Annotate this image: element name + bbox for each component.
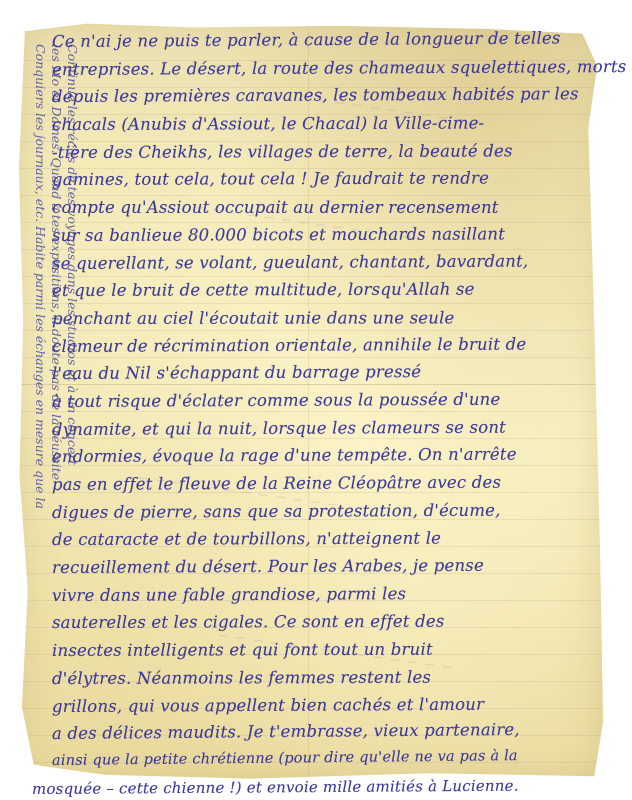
letter-line: recueillement du désert. Pour les Arabes… (52, 551, 592, 582)
letter-line: l'eau du Nil s'échappant du barrage pres… (52, 357, 592, 388)
stage: ~ ~ ~ ~ ~ ~ ~ ~ ~ ~ ~ ~ ~ ~ ~ ~ ~ ~ ~ ~ … (0, 0, 632, 800)
letter-line: à tout risque d'éclater comme sous la po… (52, 385, 592, 416)
letter-line: dynamite, et qui la nuit, lorsque les cl… (52, 413, 592, 444)
letter-line: chacals (Anubis d'Assiout, le Chacal) la… (52, 109, 592, 139)
letter-line: digues de pierre, sans que sa protestati… (52, 496, 592, 527)
letter-line: Ce n'ai je ne puis te parler, à cause de… (52, 24, 592, 55)
letter-line: ainsi que la petite chrétienne (pour dir… (52, 742, 592, 775)
letter-line: endormies, évoque la rage d'une tempête.… (52, 440, 592, 471)
letter-line: de cataracte et de tourbillons, n'atteig… (52, 524, 592, 554)
letter-line: sauterelles et les cigales. Ce sont en e… (52, 608, 592, 638)
letter-line: penchant au ciel l'écoutait unie dans un… (52, 304, 592, 333)
letter-line: compte qu'Assiout occupait au dernier re… (52, 194, 592, 222)
letter-line: sur sa banlieue 80.000 bicots et mouchar… (52, 220, 592, 250)
letter-line: d'élytres. Néanmoins les femmes restent … (52, 663, 592, 693)
letter-line: depuis les premières caravanes, les tomb… (52, 81, 592, 112)
letter-line: pas en effet le fleuve de la Reine Cléop… (52, 468, 592, 499)
letter-line: vivre dans une fable grandiose, parmi le… (52, 579, 592, 610)
letter-line: mosquée – cette chienne !) et envoie mil… (32, 772, 592, 800)
letter-line: entreprises. Le désert, la route des cha… (52, 53, 592, 84)
letter-body: Ce n'ai je ne puis te parler, à cause de… (52, 28, 592, 800)
letter-line: clameur de récrimination orientale, anni… (52, 330, 592, 361)
letter-line: insectes intelligents et qui font tout u… (52, 635, 592, 665)
letter-line: gamines, tout cela, tout cela ! Je faudr… (52, 165, 592, 195)
letter-line: -tière des Cheikhs, les villages de terr… (52, 137, 592, 167)
letter-line: se querellant, se volant, gueulant, chan… (52, 247, 592, 278)
margin-note-line: Conquiers les journaux, etc. Habite parm… (32, 44, 48, 764)
letter-line: et que le bruit de cette multitude, lors… (52, 275, 592, 305)
